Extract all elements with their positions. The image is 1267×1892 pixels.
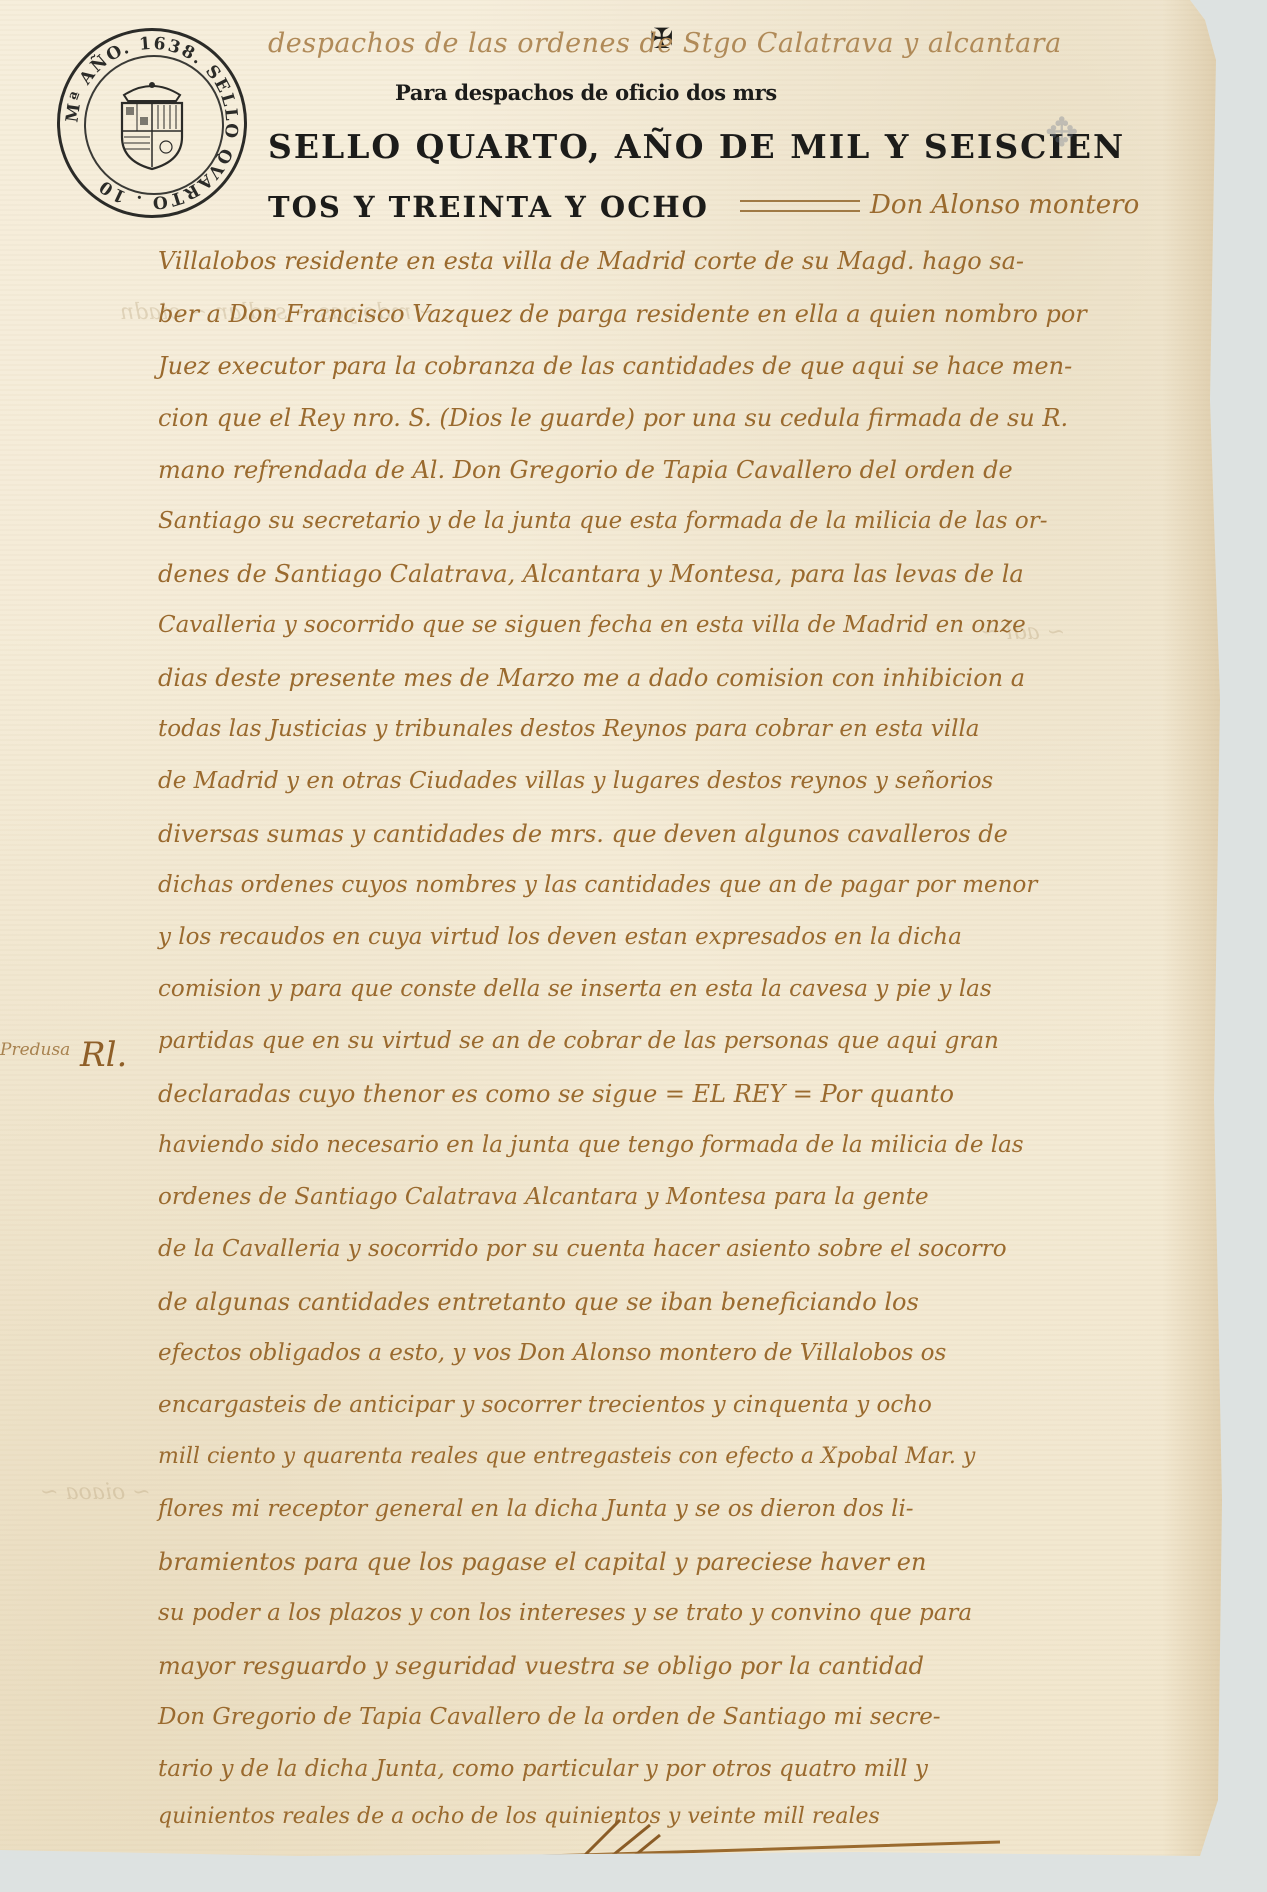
- body-line: su poder a los plazos y con los interese…: [158, 1600, 972, 1626]
- body-line: bramientos para que los pagase el capita…: [158, 1548, 926, 1576]
- body-line: diversas sumas y cantidades de mrs. que …: [158, 820, 1008, 848]
- double-rule-divider: [740, 200, 860, 212]
- body-line: ordenes de Santiago Calatrava Alcantara …: [158, 1184, 929, 1210]
- paper-edge-stain: [1162, 0, 1222, 1856]
- margin-reference: Rl.: [80, 1035, 127, 1075]
- body-line: Villalobos residente en esta villa de Ma…: [158, 247, 1024, 275]
- royal-seal: Mª AÑO. 1638. SELLO QVARTO . 10: [57, 28, 247, 218]
- body-line: todas las Justicias y tribunales destos …: [158, 716, 980, 742]
- body-line: partidas que en su virtud se an de cobra…: [158, 1028, 999, 1054]
- body-line: dichas ordenes cuyos nombres y las canti…: [158, 872, 1037, 898]
- body-line: efectos obligados a esto, y vos Don Alon…: [158, 1340, 946, 1366]
- body-line: Juez executor para la cobranza de las ca…: [158, 352, 1072, 380]
- printed-header-line3: TOS Y TREINTA Y OCHO: [268, 190, 709, 224]
- body-line: ber a Don Francisco Vazquez de parga res…: [158, 300, 1087, 328]
- body-line: comision y para que conste della se inse…: [158, 976, 992, 1002]
- body-line: encargasteis de anticipar y socorrer tre…: [158, 1392, 932, 1418]
- body-line: Don Alonso montero: [870, 190, 1139, 220]
- body-line: y los recaudos en cuya virtud los deven …: [158, 924, 962, 950]
- printed-header-line1: Para despachos de oficio dos mrs: [395, 80, 777, 105]
- bleed-through-text: ~ oiaoa ~: [40, 1480, 151, 1505]
- margin-note-left: Predusa: [0, 1040, 70, 1060]
- top-handwritten-note: despachos de las ordenes de Stgo Calatra…: [268, 28, 1062, 59]
- body-line: Santiago su secretario y de la junta que…: [158, 508, 1048, 534]
- body-line: denes de Santiago Calatrava, Alcantara y…: [158, 560, 1024, 588]
- body-line: haviendo sido necesario en la junta que …: [158, 1132, 1024, 1158]
- printed-header-line2: SELLO QUARTO, AÑO DE MIL Y SEISCIEN: [268, 127, 1125, 166]
- body-line: de Madrid y en otras Ciudades villas y l…: [158, 768, 993, 794]
- body-line: cion que el Rey nro. S. (Dios le guarde)…: [158, 404, 1068, 432]
- body-line: Don Gregorio de Tapia Cavallero de la or…: [158, 1704, 941, 1730]
- faded-stamp-mark: ✥: [1045, 110, 1079, 156]
- body-line: mano refrendada de Al. Don Gregorio de T…: [158, 456, 1013, 484]
- closing-flourish-icon: [180, 1800, 1160, 1890]
- body-line: tario y de la dicha Junta, como particul…: [158, 1756, 928, 1782]
- body-line: mill ciento y quarenta reales que entreg…: [158, 1444, 975, 1469]
- body-line: flores mi receptor general en la dicha J…: [158, 1496, 914, 1522]
- body-line: de algunas cantidades entretanto que se …: [158, 1288, 919, 1316]
- body-line: declaradas cuyo thenor es como se sigue …: [158, 1080, 954, 1108]
- manuscript-page: ~ mdo yas ~ sadlan ~ oiadn ~ adl ~ ~ oia…: [0, 0, 1222, 1856]
- body-line: de la Cavalleria y socorrido por su cuen…: [158, 1236, 1007, 1262]
- body-line: mayor resguardo y seguridad vuestra se o…: [158, 1652, 924, 1680]
- coat-of-arms-icon: [110, 79, 194, 171]
- body-line: dias deste presente mes de Marzo me a da…: [158, 664, 1025, 692]
- body-line: Cavalleria y socorrido que se siguen fec…: [158, 612, 1026, 638]
